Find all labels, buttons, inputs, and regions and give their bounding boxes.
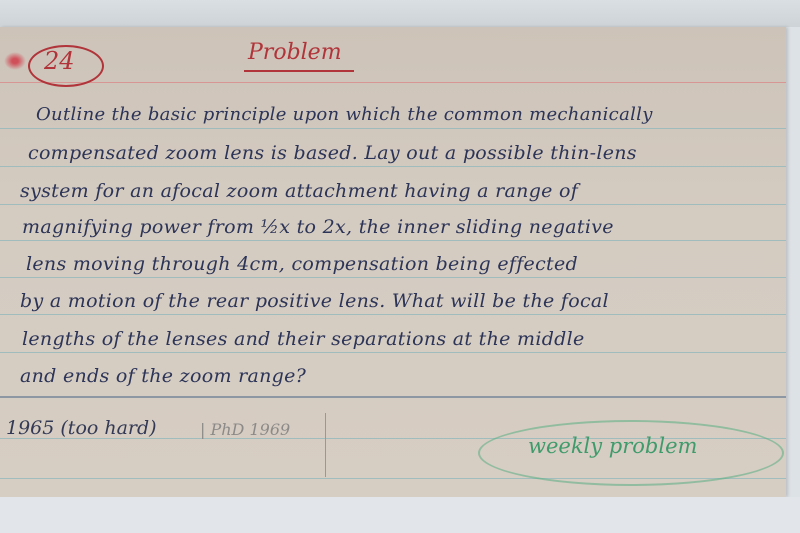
body-line-1: Outline the basic principle upon which t… [36,104,653,125]
problem-heading: Problem [248,40,342,65]
pencil-phd-note: | PhD 1969 [200,420,290,439]
body-line-4: magnifying power from ½x to 2x, the inne… [22,216,614,238]
body-line-5: lens moving through 4cm, compensation be… [26,253,578,275]
background-top [0,0,800,27]
rule-line [0,166,786,167]
background-bottom [0,497,800,533]
rule-line [0,128,786,129]
rule-line [0,277,786,278]
body-line-6: by a motion of the rear positive lens. W… [20,290,609,312]
body-line-7: lengths of the lenses and their separati… [22,328,585,350]
problem-number: 24 [44,47,75,75]
heading-underline [244,70,354,72]
weekly-problem-note: weekly problem [528,434,697,458]
pencil-vertical-mark [325,413,326,477]
red-scribble-mark [4,52,26,70]
rule-line [0,240,786,241]
rule-line [0,204,786,205]
body-line-3: system for an afocal zoom attachment hav… [20,180,578,202]
divider-rule [0,396,786,398]
header-red-rule [0,82,786,83]
rule-line [0,352,786,353]
year-note: 1965 (too hard) [6,417,157,439]
rule-line [0,314,786,315]
body-line-8: and ends of the zoom range? [20,365,306,387]
body-line-2: compensated zoom lens is based. Lay out … [28,142,637,164]
